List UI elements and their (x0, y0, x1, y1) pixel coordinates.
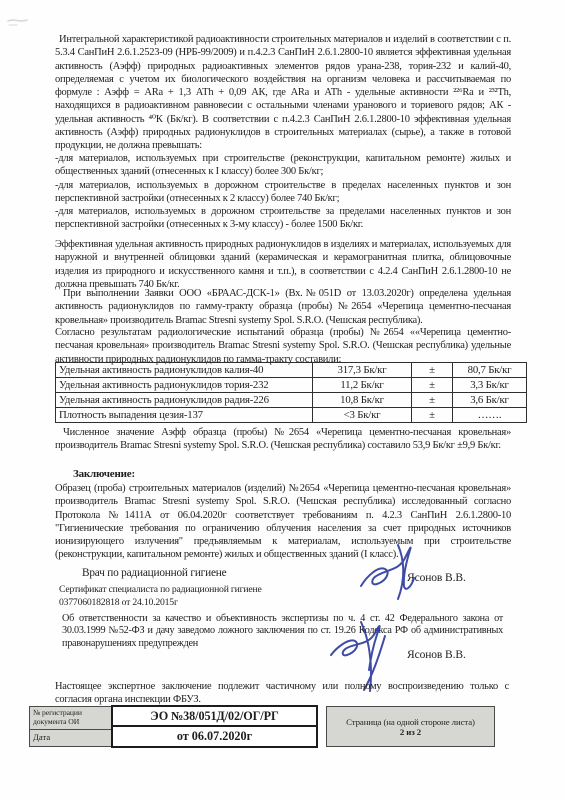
table-row: Удельная активность радионуклидов калия-… (56, 363, 527, 378)
registration-footer: № регистрации документа ОИ Дата ЭО №38/0… (29, 706, 495, 748)
cell-value: 317,3 Бк/кг (313, 363, 412, 378)
signer-name: Ясонов В.В. (407, 572, 466, 584)
request-paragraph: При выполнении Заявки ООО «БРААС-ДСК-1» … (55, 287, 511, 327)
page-number-value: 2 из 2 (400, 727, 421, 737)
class-limit-item: -для материалов, используемых в дорожном… (55, 179, 511, 206)
reproduction-note: Настоящее экспертное заключение подлежит… (55, 681, 509, 706)
results-intro-text: Согласно результатам радиологические исп… (55, 326, 511, 366)
facing-materials-text: Эффективная удельная активность природны… (55, 238, 511, 291)
table-row: Удельная активность радионуклидов радия-… (56, 393, 527, 408)
cell-value: 10,8 Бк/кг (313, 393, 412, 408)
cell-value: 11,2 Бк/кг (313, 378, 412, 393)
cell-plus-minus: ± (412, 408, 453, 423)
footer-values-column: ЭО №38/051Д/02/ОГ/РГ от 06.07.2020г (111, 705, 318, 748)
cell-parameter: Удельная активность радионуклидов калия-… (56, 363, 313, 378)
class-limit-item: -для материалов, используемых при строит… (55, 152, 511, 179)
cell-plus-minus: ± (412, 393, 453, 408)
request-text: При выполнении Заявки ООО «БРААС-ДСК-1» … (55, 287, 511, 327)
date-value: от 06.07.2020г (113, 727, 316, 746)
footer-gap (318, 706, 326, 747)
certificate-number: 0377060182818 от 24.10.2015г (59, 597, 178, 608)
facing-materials-paragraph: Эффективная удельная активность природны… (55, 238, 511, 291)
cell-uncertainty: 3,6 Бк/кг (453, 393, 527, 408)
liability-note: Об ответственности за качество и объекти… (62, 613, 503, 650)
conclusion-text: Образец (проба) строительных материалов … (55, 482, 511, 562)
cell-parameter: Плотность выпадения цезия-137 (56, 408, 313, 423)
registration-number-value: ЭО №38/051Д/02/ОГ/РГ (113, 707, 316, 727)
scan-artifact-mark (6, 16, 36, 30)
conclusion-paragraph: Образец (проба) строительных материалов … (55, 482, 511, 562)
class-limit-item: -для материалов, используемых в дорожном… (55, 205, 511, 232)
expert-conclusion-page: Интегральной характеристикой радиоактивн… (0, 0, 565, 800)
page-number-label: Страница (на одной стороне листа) (346, 717, 475, 727)
cell-parameter: Удельная активность радионуклидов радия-… (56, 393, 313, 408)
class-limit-list: -для материалов, используемых при строит… (55, 152, 511, 232)
footer-labels-column: № регистрации документа ОИ Дата (29, 706, 111, 747)
intro-paragraph: Интегральной характеристикой радиоактивн… (55, 33, 511, 153)
conclusion-heading: Заключение: (55, 468, 511, 480)
intro-text: Интегральной характеристикой радиоактивн… (55, 33, 511, 153)
cell-plus-minus: ± (412, 363, 453, 378)
cell-parameter: Удельная активность радионуклидов тория-… (56, 378, 313, 393)
cell-value: <3 Бк/кг (313, 408, 412, 423)
certificate-label: Сертификат специалиста по радиационной г… (59, 584, 262, 595)
cell-plus-minus: ± (412, 378, 453, 393)
aeff-summary-text: Численное значение Аэфф образца (пробы) … (55, 426, 511, 453)
table-row: Удельная активность радионуклидов тория-… (56, 378, 527, 393)
date-label: Дата (30, 730, 111, 747)
signer-name: Ясонов В.В. (407, 649, 466, 661)
radionuclide-results-table: Удельная активность радионуклидов калия-… (55, 362, 527, 423)
results-intro-paragraph: Согласно результатам радиологические исп… (55, 326, 511, 366)
cell-uncertainty: 80,7 Бк/кг (453, 363, 527, 378)
page-number-box: Страница (на одной стороне листа) 2 из 2 (326, 706, 495, 747)
table-row: Плотность выпадения цезия-137 <3 Бк/кг ±… (56, 408, 527, 423)
cell-uncertainty: 3,3 Бк/кг (453, 378, 527, 393)
aeff-summary-paragraph: Численное значение Аэфф образца (пробы) … (55, 426, 511, 453)
registration-number-label: № регистрации документа ОИ (30, 707, 111, 730)
cell-uncertainty: ……. (453, 408, 527, 423)
signatory-title: Врач по радиационной гигиене (82, 567, 226, 579)
